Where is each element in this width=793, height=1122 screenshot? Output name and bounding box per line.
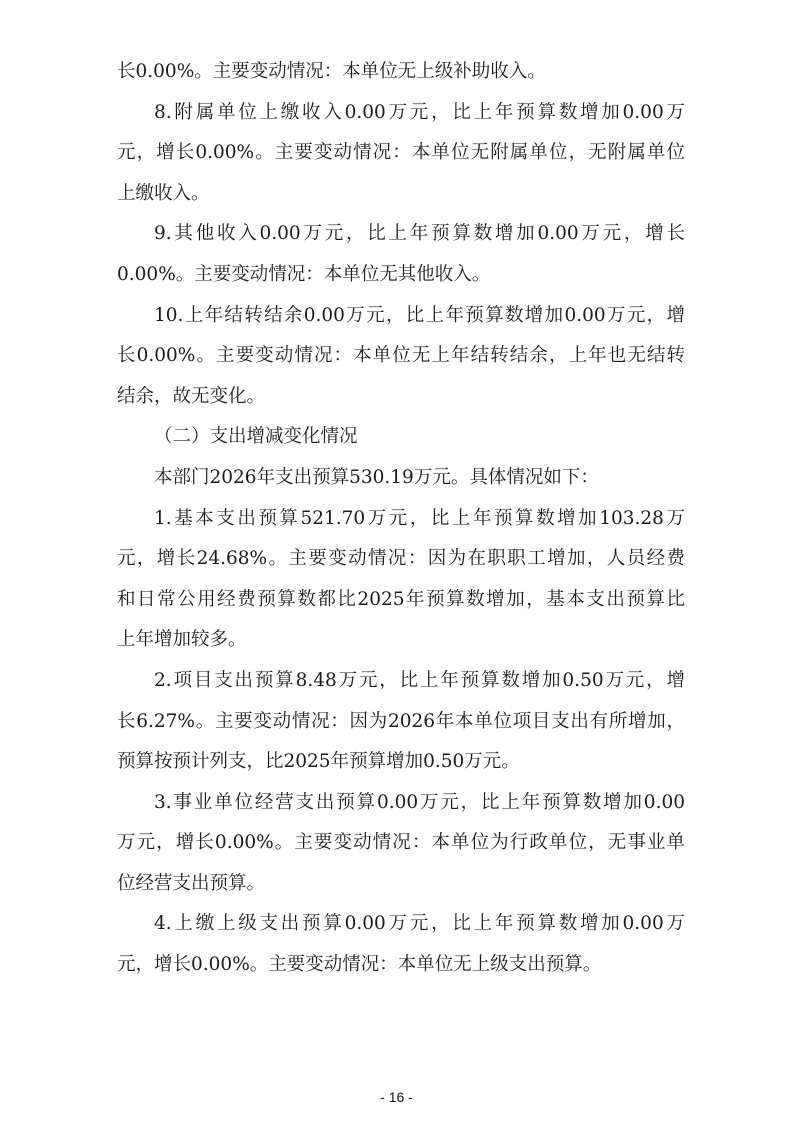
paragraph-item-1: 1.基本支出预算521.70万元，比上年预算数增加103.28万 [117, 499, 685, 540]
text-line: 长6.27%。主要变动情况：因为2026年本单位项目支出有所增加， [117, 702, 685, 743]
text-line: 预算按预计列支，比2025年预算增加0.50万元。 [117, 742, 685, 783]
paragraph-summary: 本部门2026年支出预算530.19万元。具体情况如下： [117, 458, 685, 499]
text-line: 元，增长0.00%。主要变动情况：本单位无上级支出预算。 [117, 945, 685, 986]
text-line: 万元，增长0.00%。主要变动情况：本单位为行政单位，无事业单 [117, 823, 685, 864]
page-number: - 16 - [0, 1089, 793, 1105]
section-heading: （二）支出增减变化情况 [117, 417, 685, 458]
text-line: 位经营支出预算。 [117, 864, 685, 905]
text-line: 元，增长0.00%。主要变动情况：本单位无附属单位，无附属单位 [117, 133, 685, 174]
text-line: 元，增长24.68%。主要变动情况：因为在职职工增加，人员经费 [117, 539, 685, 580]
text-line: 结余，故无变化。 [117, 377, 685, 418]
paragraph-item-9: 9.其他收入0.00万元，比上年预算数增加0.00万元，增长 [117, 214, 685, 255]
text-line: 上缴收入。 [117, 174, 685, 215]
paragraph-item-4: 4.上缴上级支出预算0.00万元，比上年预算数增加0.00万 [117, 904, 685, 945]
paragraph-item-3: 3.事业单位经营支出预算0.00万元，比上年预算数增加0.00 [117, 783, 685, 824]
text-line: 上年增加较多。 [117, 620, 685, 661]
text-line: 和日常公用经费预算数都比2025年预算数增加，基本支出预算比 [117, 580, 685, 621]
text-line: 长0.00%。主要变动情况：本单位无上年结转结余，上年也无结转 [117, 336, 685, 377]
document-body: 长0.00%。主要变动情况：本单位无上级补助收入。 8.附属单位上缴收入0.00… [117, 52, 685, 986]
text-line: 长0.00%。主要变动情况：本单位无上级补助收入。 [117, 52, 685, 93]
paragraph-item-10: 10.上年结转结余0.00万元，比上年预算数增加0.00万元，增 [117, 296, 685, 337]
text-line: 0.00%。主要变动情况：本单位无其他收入。 [117, 255, 685, 296]
paragraph-item-8: 8.附属单位上缴收入0.00万元，比上年预算数增加0.00万 [117, 93, 685, 134]
paragraph-item-2: 2.项目支出预算8.48万元，比上年预算数增加0.50万元，增 [117, 661, 685, 702]
